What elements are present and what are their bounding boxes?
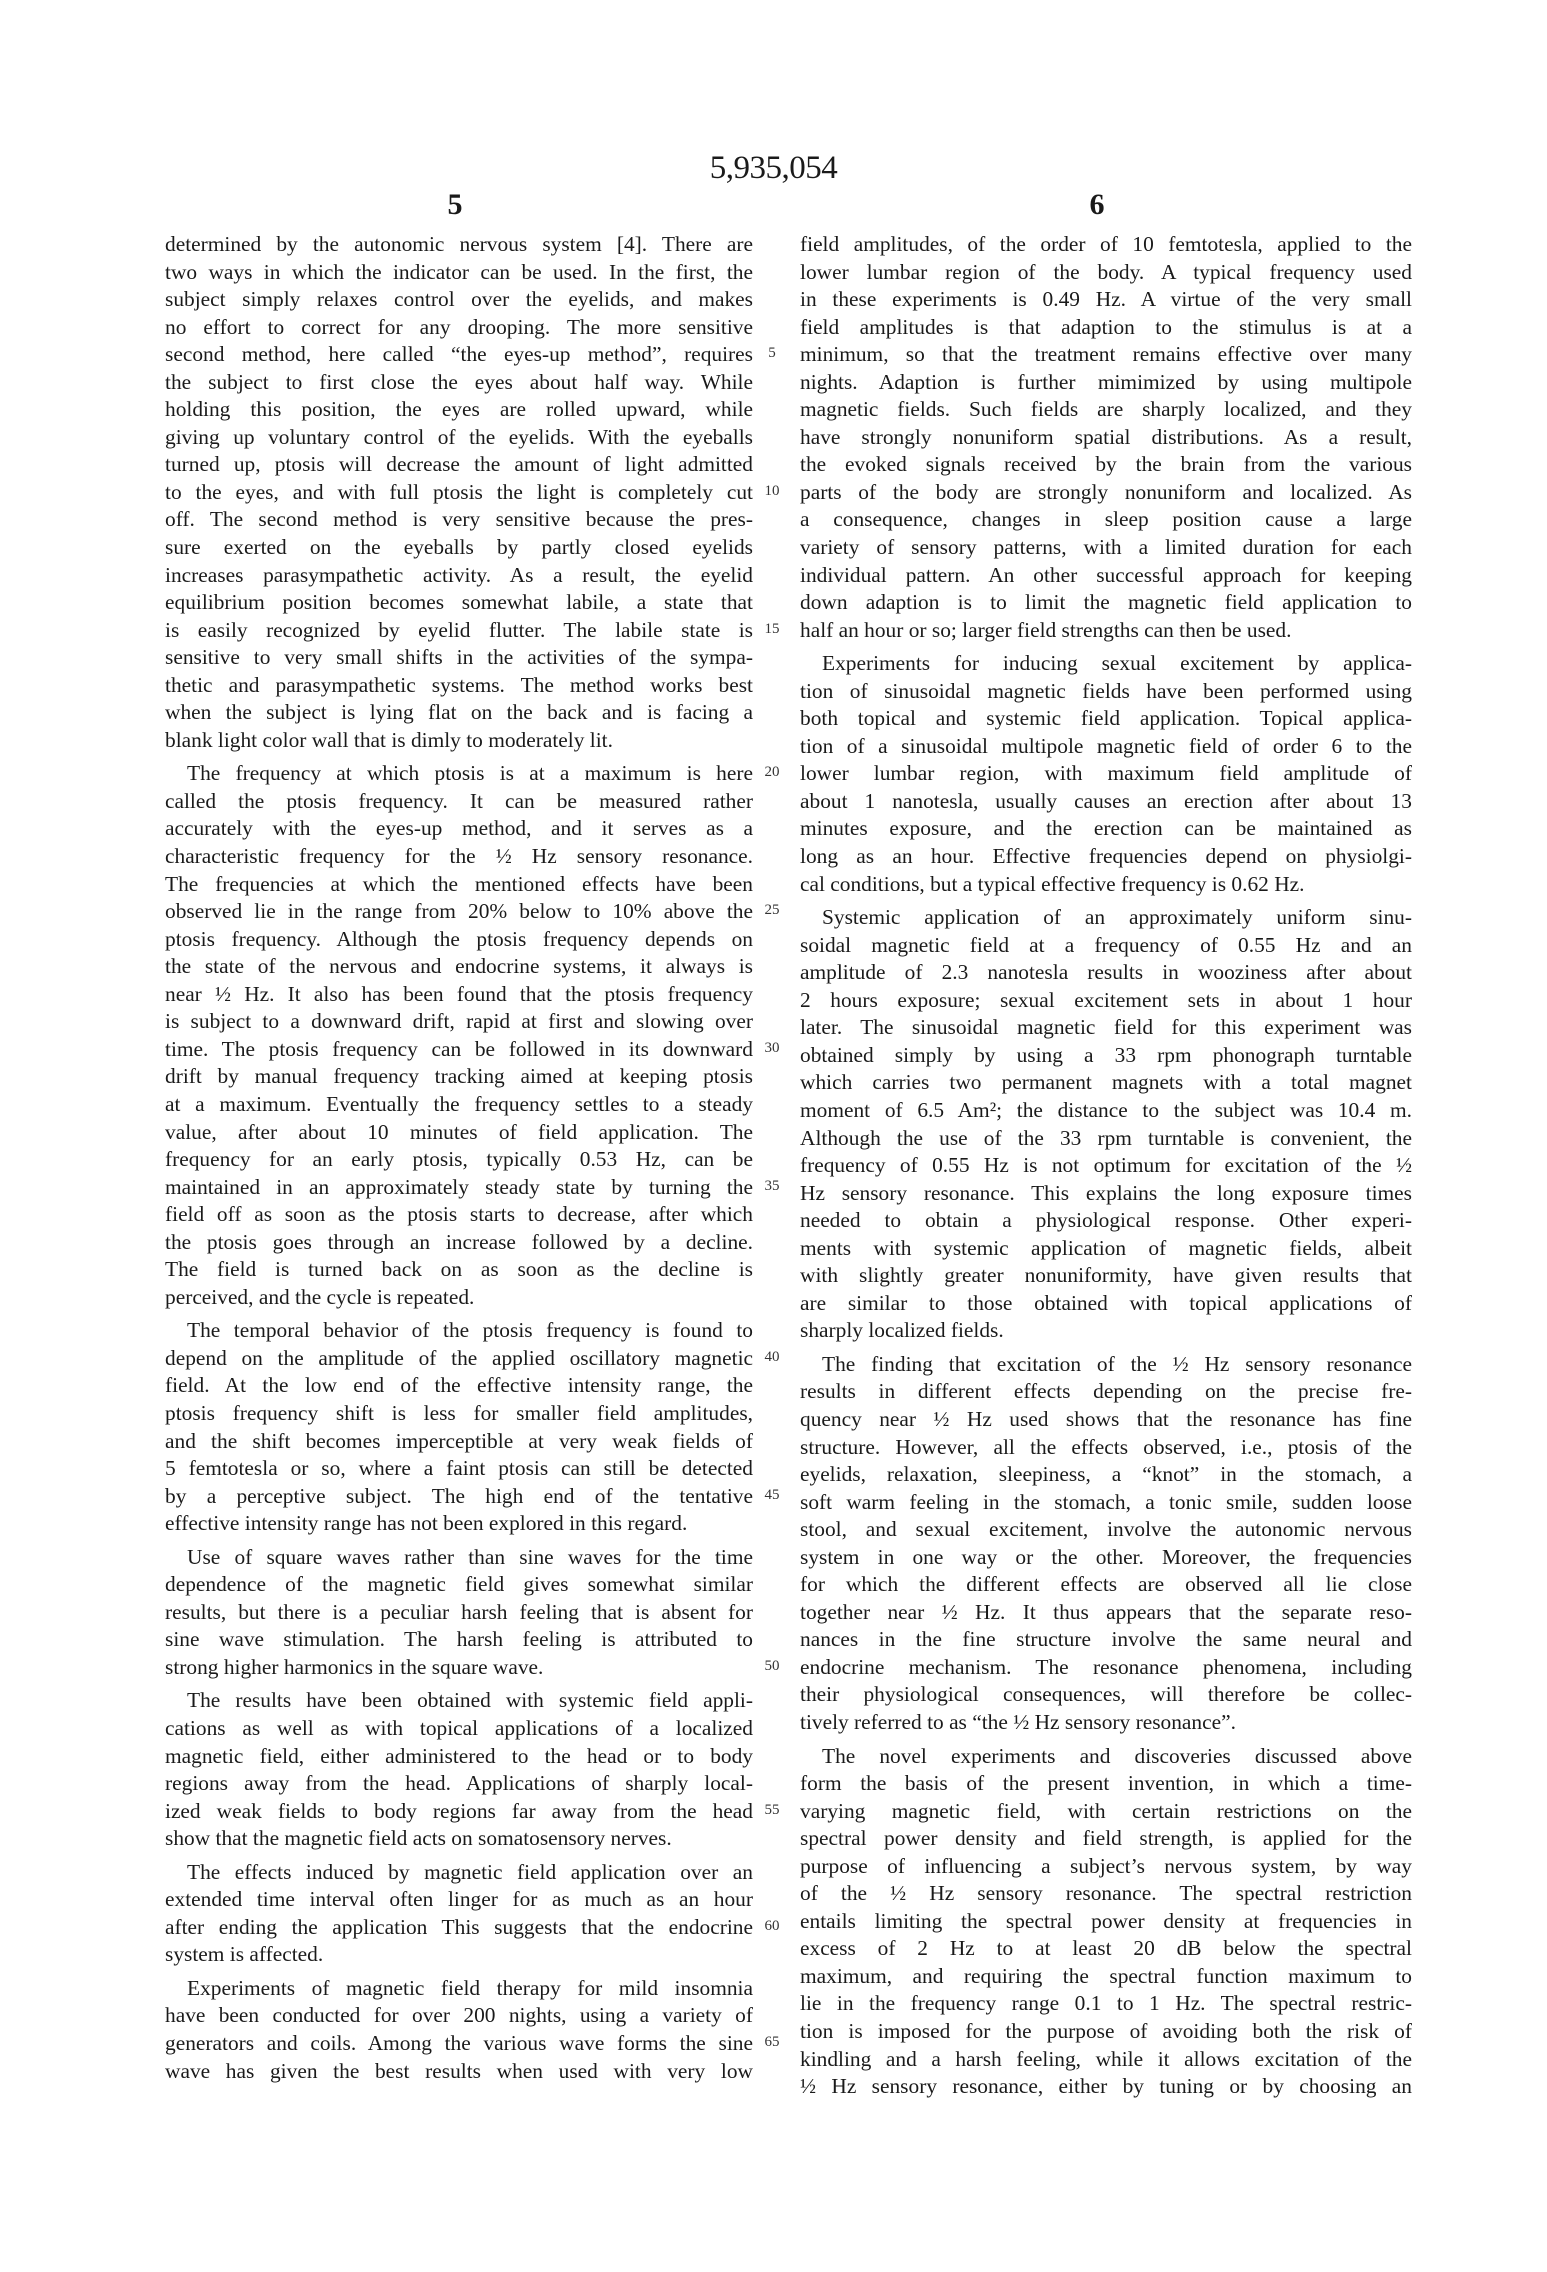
text-line: form the basis of the present invention,…: [800, 1770, 1412, 1798]
text-line: 2 hours exposure; sexual excitement sets…: [800, 987, 1412, 1015]
text-line: a consequence, changes in sleep position…: [800, 506, 1412, 534]
text-line: structure. However, all the effects obse…: [800, 1434, 1412, 1462]
margin-line-number: 30: [757, 1040, 787, 1057]
text-line: determined by the autonomic nervous syst…: [165, 231, 753, 259]
text-line: Hz sensory resonance. This explains the …: [800, 1180, 1412, 1208]
text-line: field. At the low end of the effective i…: [165, 1372, 753, 1400]
text-line: no effort to correct for any drooping. T…: [165, 314, 753, 342]
text-line: quency near ½ Hz used shows that the res…: [800, 1406, 1412, 1434]
text-line: Experiments of magnetic field therapy fo…: [165, 1975, 753, 2003]
text-line: ptosis frequency. Although the ptosis fr…: [165, 926, 753, 954]
text-line: sharply localized fields.: [800, 1317, 1412, 1345]
text-line: soidal magnetic field at a frequency of …: [800, 932, 1412, 960]
text-line: have been conducted for over 200 nights,…: [165, 2002, 753, 2030]
text-line: cal conditions, but a typical effective …: [800, 871, 1412, 899]
right-text-column: field amplitudes, of the order of 10 fem…: [800, 231, 1412, 2101]
text-line: both topical and systemic field applicat…: [800, 705, 1412, 733]
text-line: called the ptosis frequency. It can be m…: [165, 788, 753, 816]
text-line: needed to obtain a physiological respons…: [800, 1207, 1412, 1235]
text-line: moment of 6.5 Am²; the distance to the s…: [800, 1097, 1412, 1125]
text-line: thetic and parasympathetic systems. The …: [165, 672, 753, 700]
text-line: The frequency at which ptosis is at a ma…: [165, 760, 753, 788]
text-line: perceived, and the cycle is repeated.: [165, 1284, 753, 1312]
text-line: sine wave stimulation. The harsh feeling…: [165, 1626, 753, 1654]
text-line: The novel experiments and discoveries di…: [800, 1743, 1412, 1771]
text-line: later. The sinusoidal magnetic field for…: [800, 1014, 1412, 1042]
text-line: by a perceptive subject. The high end of…: [165, 1483, 753, 1511]
text-line: which carries two permanent magnets with…: [800, 1069, 1412, 1097]
paragraph: determined by the autonomic nervous syst…: [165, 231, 753, 754]
text-line: purpose of influencing a subject’s nervo…: [800, 1853, 1412, 1881]
text-line: is subject to a downward drift, rapid at…: [165, 1008, 753, 1036]
paragraph: Experiments of magnetic field therapy fo…: [165, 1975, 753, 2085]
paragraph: The effects induced by magnetic field ap…: [165, 1859, 753, 1969]
text-line: results, but there is a peculiar harsh f…: [165, 1599, 753, 1627]
text-line: characteristic frequency for the ½ Hz se…: [165, 843, 753, 871]
text-line: 5 femtotesla or so, where a faint ptosis…: [165, 1455, 753, 1483]
text-line: sure exerted on the eyeballs by partly c…: [165, 534, 753, 562]
text-line: about 1 nanotesla, usually causes an ere…: [800, 788, 1412, 816]
text-line: ptosis frequency shift is less for small…: [165, 1400, 753, 1428]
margin-line-number: 65: [757, 2034, 787, 2051]
margin-line-number: 25: [757, 902, 787, 919]
text-line: tion of sinusoidal magnetic fields have …: [800, 678, 1412, 706]
text-line: tion of a sinusoidal multipole magnetic …: [800, 733, 1412, 761]
text-line: for which the different effects are obse…: [800, 1571, 1412, 1599]
column-number-left: 5: [425, 188, 485, 222]
text-line: maximum, and requiring the spectral func…: [800, 1963, 1412, 1991]
paragraph: Systemic application of an approximately…: [800, 904, 1412, 1345]
paragraph: Experiments for inducing sexual exciteme…: [800, 650, 1412, 898]
margin-line-number: 60: [757, 1918, 787, 1935]
text-line: tively referred to as “the ½ Hz sensory …: [800, 1709, 1412, 1737]
text-line: variety of sensory patterns, with a limi…: [800, 534, 1412, 562]
text-line: eyelids, relaxation, sleepiness, a “knot…: [800, 1461, 1412, 1489]
text-line: strong higher harmonics in the square wa…: [165, 1654, 753, 1682]
text-line: accurately with the eyes-up method, and …: [165, 815, 753, 843]
text-line: magnetic field, either administered to t…: [165, 1743, 753, 1771]
text-line: equilibrium position becomes somewhat la…: [165, 589, 753, 617]
text-line: endocrine mechanism. The resonance pheno…: [800, 1654, 1412, 1682]
margin-line-number: 5: [757, 345, 787, 362]
text-line: ized weak fields to body regions far awa…: [165, 1798, 753, 1826]
text-line: blank light color wall that is dimly to …: [165, 727, 753, 755]
text-line: is easily recognized by eyelid flutter. …: [165, 617, 753, 645]
text-line: off. The second method is very sensitive…: [165, 506, 753, 534]
text-line: the ptosis goes through an increase foll…: [165, 1229, 753, 1257]
text-line: show that the magnetic field acts on som…: [165, 1825, 753, 1853]
text-line: ½ Hz sensory resonance, either by tuning…: [800, 2073, 1412, 2101]
text-line: parts of the body are strongly nonunifor…: [800, 479, 1412, 507]
text-line: frequency of 0.55 Hz is not optimum for …: [800, 1152, 1412, 1180]
margin-line-number: 55: [757, 1802, 787, 1819]
text-line: half an hour or so; larger field strengt…: [800, 617, 1412, 645]
text-line: minutes exposure, and the erection can b…: [800, 815, 1412, 843]
text-line: results in different effects depending o…: [800, 1378, 1412, 1406]
text-line: sensitive to very small shifts in the ac…: [165, 644, 753, 672]
text-line: Systemic application of an approximately…: [800, 904, 1412, 932]
text-line: dependence of the magnetic field gives s…: [165, 1571, 753, 1599]
paragraph: Use of square waves rather than sine wav…: [165, 1544, 753, 1682]
text-line: soft warm feeling in the stomach, a toni…: [800, 1489, 1412, 1517]
paragraph: The results have been obtained with syst…: [165, 1687, 753, 1852]
margin-line-number: 45: [757, 1487, 787, 1504]
text-line: Experiments for inducing sexual exciteme…: [800, 650, 1412, 678]
text-line: with slightly greater nonuniformity, hav…: [800, 1262, 1412, 1290]
text-line: are similar to those obtained with topic…: [800, 1290, 1412, 1318]
text-line: two ways in which the indicator can be u…: [165, 259, 753, 287]
patent-number: 5,935,054: [0, 148, 1547, 188]
column-number-right: 6: [1067, 188, 1127, 222]
text-line: cations as well as with topical applicat…: [165, 1715, 753, 1743]
text-line: after ending the application This sugges…: [165, 1914, 753, 1942]
text-line: together near ½ Hz. It thus appears that…: [800, 1599, 1412, 1627]
text-line: spectral power density and field strengt…: [800, 1825, 1412, 1853]
text-line: down adaption is to limit the magnetic f…: [800, 589, 1412, 617]
text-line: turned up, ptosis will decrease the amou…: [165, 451, 753, 479]
text-line: regions away from the head. Applications…: [165, 1770, 753, 1798]
text-line: maintained in an approximately steady st…: [165, 1174, 753, 1202]
text-line: The results have been obtained with syst…: [165, 1687, 753, 1715]
text-line: giving up voluntary control of the eyeli…: [165, 424, 753, 452]
text-line: depend on the amplitude of the applied o…: [165, 1345, 753, 1373]
text-line: The finding that excitation of the ½ Hz …: [800, 1351, 1412, 1379]
text-line: obtained simply by using a 33 rpm phonog…: [800, 1042, 1412, 1070]
text-line: minimum, so that the treatment remains e…: [800, 341, 1412, 369]
paragraph: The frequency at which ptosis is at a ma…: [165, 760, 753, 1311]
text-line: system in one way or the other. Moreover…: [800, 1544, 1412, 1572]
paragraph: The novel experiments and discoveries di…: [800, 1743, 1412, 2101]
margin-line-number: 35: [757, 1178, 787, 1195]
text-line: magnetic fields. Such fields are sharply…: [800, 396, 1412, 424]
text-line: field amplitudes, of the order of 10 fem…: [800, 231, 1412, 259]
text-line: extended time interval often linger for …: [165, 1886, 753, 1914]
text-line: the evoked signals received by the brain…: [800, 451, 1412, 479]
text-line: Use of square waves rather than sine wav…: [165, 1544, 753, 1572]
text-line: Although the use of the 33 rpm turntable…: [800, 1125, 1412, 1153]
text-line: drift by manual frequency tracking aimed…: [165, 1063, 753, 1091]
margin-line-number: 40: [757, 1349, 787, 1366]
text-line: of the ½ Hz sensory resonance. The spect…: [800, 1880, 1412, 1908]
text-line: wave has given the best results when use…: [165, 2058, 753, 2086]
text-line: second method, here called “the eyes-up …: [165, 341, 753, 369]
text-line: The field is turned back on as soon as t…: [165, 1256, 753, 1284]
text-line: individual pattern. An other successful …: [800, 562, 1412, 590]
text-line: value, after about 10 minutes of field a…: [165, 1119, 753, 1147]
text-line: The frequencies at which the mentioned e…: [165, 871, 753, 899]
text-line: ments with systemic application of magne…: [800, 1235, 1412, 1263]
text-line: their physiological consequences, will t…: [800, 1681, 1412, 1709]
margin-line-number: 15: [757, 621, 787, 638]
paragraph: The finding that excitation of the ½ Hz …: [800, 1351, 1412, 1737]
text-line: when the subject is lying flat on the ba…: [165, 699, 753, 727]
text-line: at a maximum. Eventually the frequency s…: [165, 1091, 753, 1119]
text-line: effective intensity range has not been e…: [165, 1510, 753, 1538]
text-line: field off as soon as the ptosis starts t…: [165, 1201, 753, 1229]
text-line: in these experiments is 0.49 Hz. A virtu…: [800, 286, 1412, 314]
text-line: subject simply relaxes control over the …: [165, 286, 753, 314]
margin-line-number: 20: [757, 764, 787, 781]
text-line: to the eyes, and with full ptosis the li…: [165, 479, 753, 507]
text-line: stool, and sexual excitement, involve th…: [800, 1516, 1412, 1544]
text-line: generators and coils. Among the various …: [165, 2030, 753, 2058]
text-line: varying magnetic field, with certain res…: [800, 1798, 1412, 1826]
text-line: nights. Adaption is further mimimized by…: [800, 369, 1412, 397]
text-line: increases parasympathetic activity. As a…: [165, 562, 753, 590]
text-line: nances in the fine structure involve the…: [800, 1626, 1412, 1654]
text-line: long as an hour. Effective frequencies d…: [800, 843, 1412, 871]
margin-line-number: 10: [757, 483, 787, 500]
text-line: field amplitudes is that adaption to the…: [800, 314, 1412, 342]
text-line: the subject to first close the eyes abou…: [165, 369, 753, 397]
text-line: system is affected.: [165, 1941, 753, 1969]
text-line: frequency for an early ptosis, typically…: [165, 1146, 753, 1174]
text-line: kindling and a harsh feeling, while it a…: [800, 2046, 1412, 2074]
text-line: have strongly nonuniform spatial distrib…: [800, 424, 1412, 452]
margin-line-number: 50: [757, 1658, 787, 1675]
text-line: holding this position, the eyes are roll…: [165, 396, 753, 424]
text-line: lie in the frequency range 0.1 to 1 Hz. …: [800, 1990, 1412, 2018]
text-line: the state of the nervous and endocrine s…: [165, 953, 753, 981]
text-line: entails limiting the spectral power dens…: [800, 1908, 1412, 1936]
text-line: amplitude of 2.3 nanotesla results in wo…: [800, 959, 1412, 987]
text-line: lower lumbar region of the body. A typic…: [800, 259, 1412, 287]
paragraph: field amplitudes, of the order of 10 fem…: [800, 231, 1412, 644]
left-text-column: determined by the autonomic nervous syst…: [165, 231, 753, 2085]
text-line: lower lumbar region, with maximum field …: [800, 760, 1412, 788]
text-line: The effects induced by magnetic field ap…: [165, 1859, 753, 1887]
text-line: time. The ptosis frequency can be follow…: [165, 1036, 753, 1064]
text-line: excess of 2 Hz to at least 20 dB below t…: [800, 1935, 1412, 1963]
text-line: The temporal behavior of the ptosis freq…: [165, 1317, 753, 1345]
text-line: tion is imposed for the purpose of avoid…: [800, 2018, 1412, 2046]
paragraph: The temporal behavior of the ptosis freq…: [165, 1317, 753, 1537]
text-line: near ½ Hz. It also has been found that t…: [165, 981, 753, 1009]
text-line: and the shift becomes imperceptible at v…: [165, 1428, 753, 1456]
text-line: observed lie in the range from 20% below…: [165, 898, 753, 926]
